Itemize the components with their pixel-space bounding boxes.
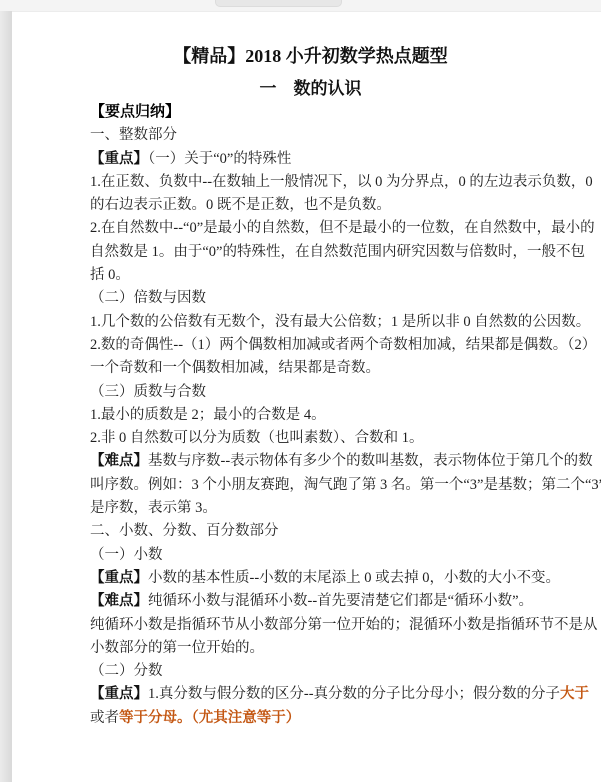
text-segment: 2.数的奇偶性--（1）两个偶数相加减或者两个奇数相加减，结果都是偶数。（2）	[90, 337, 596, 353]
text-segment: 小数部分的第一位开始的。	[90, 640, 264, 656]
document-line: 1.在正数、负数中--在数轴上一般情况下，以 0 为分界点，0 的左边表示负数，…	[90, 171, 531, 194]
document-line: 的右边表示正数。0 既不是正数，也不是负数。	[90, 194, 531, 217]
text-segment: 【重点】	[90, 151, 148, 167]
text-segment: 等于分母。（尤其注意等于）	[119, 710, 300, 726]
document-line: 或者等于分母。（尤其注意等于）	[90, 707, 531, 730]
text-segment: 是序数，表示第 3。	[90, 500, 217, 516]
page-left-gutter	[0, 11, 12, 782]
document-line: 1.最小的质数是 2；最小的合数是 4。	[90, 404, 531, 427]
text-segment: 一个奇数和一个偶数相加减，结果都是奇数。	[90, 360, 380, 376]
text-segment: 大于	[560, 686, 589, 702]
text-segment: 叫序数。例如：3 个小朋友赛跑，淘气跑了第 3 名。第一个“3”是基数；第二个“…	[90, 477, 601, 493]
text-segment: 小数的基本性质--小数的末尾添上 0 或去掉 0，小数的大小不变。	[148, 570, 560, 586]
text-segment: 【要点归纳】	[90, 104, 180, 120]
text-segment: 纯循环小数与混循环小数--首先要清楚它们都是“循环小数”。	[148, 593, 533, 609]
document-line: 叫序数。例如：3 个小朋友赛跑，淘气跑了第 3 名。第一个“3”是基数；第二个“…	[90, 474, 531, 497]
text-segment: 二、小数、分数、百分数部分	[90, 523, 279, 539]
document-line: 一、整数部分	[90, 124, 531, 147]
document-line: 是序数，表示第 3。	[90, 497, 531, 520]
document-line: 自然数是 1。由于“0”的特殊性，在自然数范围内研究因数与倍数时，一般不包	[90, 241, 531, 264]
text-segment: 【难点】	[90, 593, 148, 609]
document-lines: 【要点归纳】一、整数部分【重点】（一）关于“0”的特殊性1.在正数、负数中--在…	[90, 101, 531, 730]
text-segment: 1.在正数、负数中--在数轴上一般情况下，以 0 为分界点，0 的左边表示负数，…	[90, 174, 593, 190]
text-segment: 【重点】	[90, 686, 148, 702]
text-segment: 2.非 0 自然数可以分为质数（也叫素数）、合数和 1。	[90, 430, 424, 446]
text-segment: （一）小数	[90, 547, 163, 563]
text-segment: 的右边表示正数。0 既不是正数，也不是负数。	[90, 197, 391, 213]
document-line: 【重点】1.真分数与假分数的区分--真分数的分子比分母小；假分数的分子大于	[90, 683, 531, 706]
text-segment: 1.几个数的公倍数有无数个，没有最大公倍数；1 是所以非 0 自然数的公因数。	[90, 314, 590, 330]
document-line: （二）倍数与因数	[90, 287, 531, 310]
text-segment: 基数与序数--表示物体有多少个的数叫基数，表示物体位于第几个的数	[148, 453, 593, 469]
text-segment: 【重点】	[90, 570, 148, 586]
document-line: 1.几个数的公倍数有无数个，没有最大公倍数；1 是所以非 0 自然数的公因数。	[90, 311, 531, 334]
text-segment: （二）倍数与因数	[90, 290, 206, 306]
document-line: 小数部分的第一位开始的。	[90, 637, 531, 660]
text-segment: 或者	[90, 710, 119, 726]
document-line: 括 0。	[90, 264, 531, 287]
document-line: （一）小数	[90, 544, 531, 567]
document-line: 【难点】纯循环小数与混循环小数--首先要清楚它们都是“循环小数”。	[90, 590, 531, 613]
text-segment: （二）分数	[90, 663, 163, 679]
document-line: 2.非 0 自然数可以分为质数（也叫素数）、合数和 1。	[90, 427, 531, 450]
text-segment: 1.最小的质数是 2；最小的合数是 4。	[90, 407, 326, 423]
document-line: 2.在自然数中--“0”是最小的自然数，但不是最小的一位数，在自然数中，最小的	[90, 217, 531, 240]
text-segment: （一）关于“0”的特殊性	[148, 151, 291, 167]
text-segment: 纯循环小数是指循环节从小数部分第一位开始的；混循环小数是指循环节不是从	[90, 617, 598, 633]
text-segment: 1.真分数与假分数的区分--真分数的分子比分母小；假分数的分子	[148, 686, 560, 702]
document-line: （三）质数与合数	[90, 381, 531, 404]
document-line: （二）分数	[90, 660, 531, 683]
document-content: 【精品】2018 小升初数学热点题型 一 数的认识 【要点归纳】一、整数部分【重…	[12, 12, 601, 730]
text-segment: 括 0。	[90, 267, 130, 283]
text-segment: （三）质数与合数	[90, 384, 206, 400]
document-line: 二、小数、分数、百分数部分	[90, 520, 531, 543]
document-line: 【要点归纳】	[90, 101, 531, 124]
text-segment: 自然数是 1。由于“0”的特殊性，在自然数范围内研究因数与倍数时，一般不包	[90, 244, 585, 260]
floating-toolbar-edge	[215, 0, 342, 7]
text-segment: 【难点】	[90, 453, 148, 469]
document-subtitle: 一 数的认识	[90, 78, 531, 100]
document-title: 【精品】2018 小升初数学热点题型	[90, 44, 531, 68]
document-line: 纯循环小数是指循环节从小数部分第一位开始的；混循环小数是指循环节不是从	[90, 614, 531, 637]
document-line: 【难点】基数与序数--表示物体有多少个的数叫基数，表示物体位于第几个的数	[90, 450, 531, 473]
document-line: 2.数的奇偶性--（1）两个偶数相加减或者两个奇数相加减，结果都是偶数。（2）	[90, 334, 531, 357]
text-segment: 一、整数部分	[90, 127, 177, 143]
document-line: 【重点】（一）关于“0”的特殊性	[90, 148, 531, 171]
document-page: 【精品】2018 小升初数学热点题型 一 数的认识 【要点归纳】一、整数部分【重…	[12, 11, 601, 782]
text-segment: 2.在自然数中--“0”是最小的自然数，但不是最小的一位数，在自然数中，最小的	[90, 220, 595, 236]
document-line: 【重点】小数的基本性质--小数的末尾添上 0 或去掉 0，小数的大小不变。	[90, 567, 531, 590]
document-line: 一个奇数和一个偶数相加减，结果都是奇数。	[90, 357, 531, 380]
app-window: 【精品】2018 小升初数学热点题型 一 数的认识 【要点归纳】一、整数部分【重…	[0, 0, 601, 782]
